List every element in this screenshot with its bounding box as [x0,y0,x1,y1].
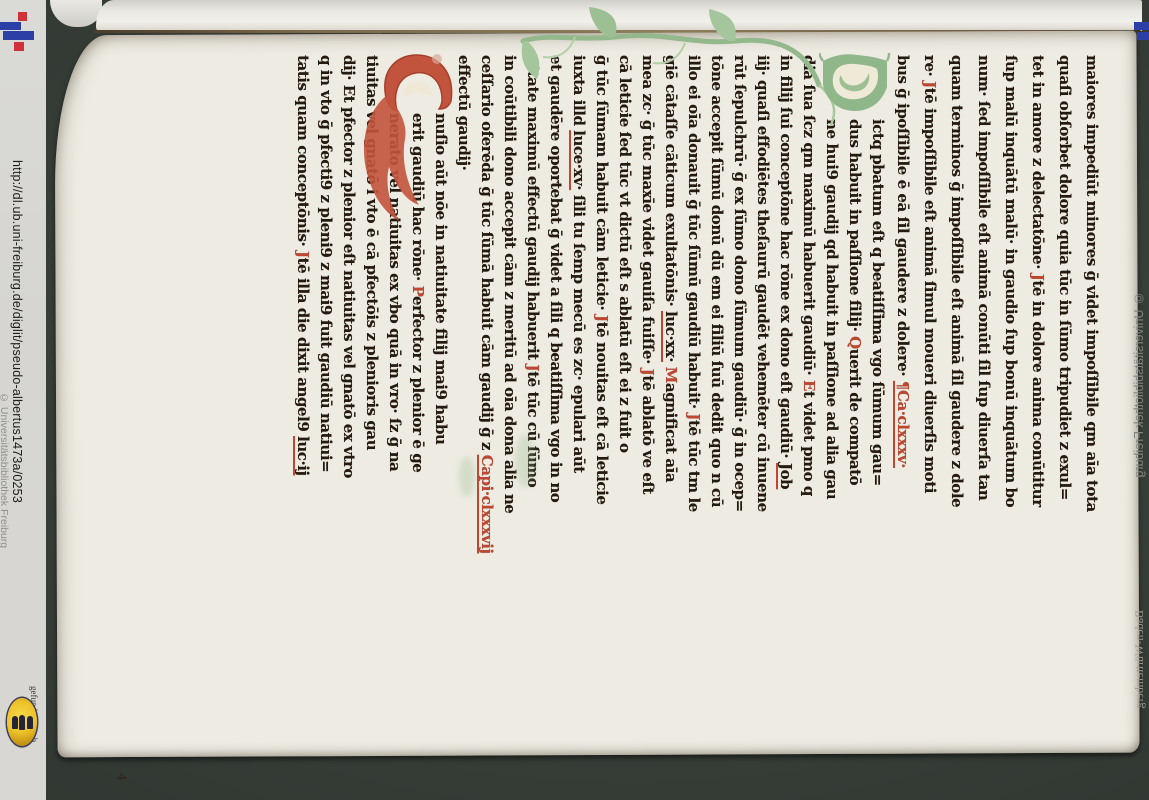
manuscript-text-line: maiores impediūt minores ḡ videt impoſſi… [1078,55,1105,505]
digitized-book-scan: 4 maiores impediūt minores ḡ videt impoſ… [0,0,1149,800]
coat-of-arms-badge [7,698,37,746]
badge-figure [27,716,33,729]
manuscript-text-line: tet in amore z delectatōne· Jtē in dolor… [1024,55,1051,505]
copyright-watermark-left: © Universitätsbibliothek Freiburg [0,392,10,548]
source-url-watermark: http://dl.ub.uni-freiburg.de/diglit/pseu… [10,160,24,503]
copyright-watermark-right: © Universitätsbibliothek Freiburg [1132,292,1146,478]
facing-page-corner [50,0,102,27]
library-logo [0,10,40,54]
badge-figure [12,716,18,729]
manuscript-text-line: num· ſed impoſſibile eſt animā conūti ſi… [970,55,997,505]
region-watermark: Baden-Württemberg [1132,610,1147,708]
ink-showthrough [515,435,535,487]
library-logo-fragment-mirrored [1133,20,1149,46]
manuscript-text-line: ſup malū inquātū malū· in gaudio ſup bon… [997,55,1024,505]
book-photo: 4 maiores impediūt minores ḡ videt impoſ… [0,0,1149,800]
green-initial-letter [819,53,891,113]
manuscript-text-line: quam terminos ḡ impoſſibile eſt animā ſi… [943,55,970,505]
text-block-rotated: maiores impediūt minores ḡ videt impoſſi… [285,55,1105,505]
manuscript-text-line: q in vto ḡ pfecti9 z pleni9 z mai9 fuit … [314,55,337,505]
red-initial-letter [349,51,459,241]
watermark-strip: http://dl.ub.uni-freiburg.de/diglit/pseu… [0,0,46,800]
manuscript-text-line: tatis quam conceptōnis· Jtē illa die dix… [291,55,314,505]
folio-mark: 4 [114,773,128,781]
manuscript-text-line: ceſſario oferēda ḡ tūc ſūmā habuit cām g… [475,55,498,505]
manuscript-text-line: re· Jtē impoſſibile eſt animā ſimul moue… [916,55,943,505]
badge-figure [19,715,25,730]
ink-showthrough [459,457,475,497]
manuscript-text-line: quaſi obſorbet dolore quia tūc in ſūmo t… [1051,55,1078,505]
